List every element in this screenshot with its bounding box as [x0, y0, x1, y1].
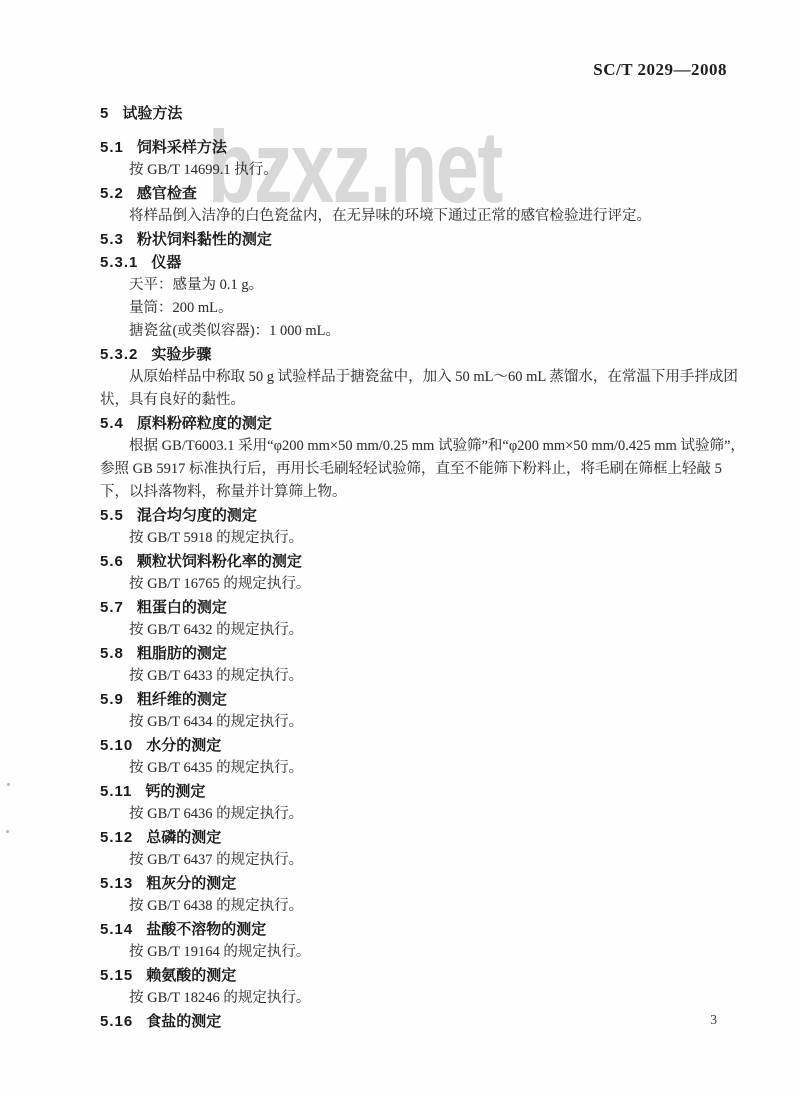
section-heading-5-7: 5.7粗蛋白的测定	[100, 596, 750, 619]
equipment-item: 天平：感量为 0.1 g。	[100, 274, 750, 297]
section-title: 饲料采样方法	[137, 139, 227, 156]
section-title: 试验方法	[122, 105, 182, 122]
section-heading-5-6: 5.6颗粒状饲料粉化率的测定	[100, 550, 750, 573]
section-heading-5-10: 5.10水分的测定	[100, 734, 750, 757]
section-number: 5.3	[100, 231, 124, 248]
section-heading-5-3: 5.3粉状饲料黏性的测定	[100, 228, 750, 251]
section-number: 5.13	[100, 875, 133, 892]
scan-speck	[7, 783, 10, 786]
paragraph: 按 GB/T 5918 的规定执行。	[100, 527, 750, 550]
section-heading-5-5: 5.5混合均匀度的测定	[100, 504, 750, 527]
section-title: 赖氨酸的测定	[146, 967, 236, 984]
section-heading-5-2: 5.2感官检查	[100, 182, 750, 205]
section-heading-5-15: 5.15赖氨酸的测定	[100, 964, 750, 987]
paragraph: 按 GB/T 14699.1 执行。	[100, 159, 750, 182]
section-number: 5.15	[100, 967, 133, 984]
paragraph: 按 GB/T 6436 的规定执行。	[100, 803, 750, 826]
section-number: 5.8	[100, 645, 124, 662]
section-title: 粗脂肪的测定	[137, 645, 227, 662]
paragraph: 按 GB/T 6438 的规定执行。	[100, 895, 750, 918]
section-heading-5-9: 5.9粗纤维的测定	[100, 688, 750, 711]
section-title: 盐酸不溶物的测定	[146, 921, 266, 938]
page-number: 3	[710, 1012, 717, 1028]
section-number: 5.14	[100, 921, 133, 938]
section-title: 水分的测定	[146, 737, 221, 754]
section-number: 5.9	[100, 691, 124, 708]
section-number: 5.4	[100, 415, 124, 432]
section-heading-5-13: 5.13粗灰分的测定	[100, 872, 750, 895]
section-title: 粉状饲料黏性的测定	[137, 231, 272, 248]
document-content: 5试验方法 5.1饲料采样方法 按 GB/T 14699.1 执行。 5.2感官…	[100, 102, 750, 1033]
section-number: 5.3.2	[100, 346, 138, 363]
section-title: 颗粒状饲料粉化率的测定	[137, 553, 302, 570]
equipment-item: 量筒：200 mL。	[100, 297, 750, 320]
section-heading-5-16: 5.16食盐的测定	[100, 1010, 750, 1033]
section-title: 总磷的测定	[146, 829, 221, 846]
section-heading-5-3-2: 5.3.2实验步骤	[100, 343, 750, 366]
section-number: 5.16	[100, 1013, 133, 1030]
section-number: 5.10	[100, 737, 133, 754]
section-heading-5-1: 5.1饲料采样方法	[100, 136, 750, 159]
section-number: 5.7	[100, 599, 124, 616]
section-title: 原料粉碎粒度的测定	[137, 415, 272, 432]
section-number: 5.12	[100, 829, 133, 846]
document-page: bzxz.net SC/T 2029—2008 5试验方法 5.1饲料采样方法 …	[0, 0, 800, 1095]
section-heading-5-12: 5.12总磷的测定	[100, 826, 750, 849]
section-heading-5: 5试验方法	[100, 102, 750, 125]
section-number: 5.1	[100, 139, 124, 156]
section-number: 5.2	[100, 185, 124, 202]
section-number: 5.6	[100, 553, 124, 570]
paragraph: 按 GB/T 6433 的规定执行。	[100, 665, 750, 688]
section-title: 钙的测定	[145, 783, 205, 800]
section-number: 5.11	[100, 783, 132, 800]
section-title: 实验步骤	[151, 346, 211, 363]
paragraph: 按 GB/T 18246 的规定执行。	[100, 987, 750, 1010]
section-title: 仪器	[151, 254, 181, 271]
section-title: 食盐的测定	[146, 1013, 221, 1030]
paragraph: 将样品倒入洁净的白色瓷盆内，在无异味的环境下通过正常的感官检验进行评定。	[100, 205, 750, 228]
scan-speck	[6, 830, 9, 833]
paragraph: 按 GB/T 6435 的规定执行。	[100, 757, 750, 780]
section-number: 5.5	[100, 507, 124, 524]
section-heading-5-8: 5.8粗脂肪的测定	[100, 642, 750, 665]
paragraph: 按 GB/T 6432 的规定执行。	[100, 619, 750, 642]
section-heading-5-4: 5.4原料粉碎粒度的测定	[100, 412, 750, 435]
standard-code: SC/T 2029—2008	[593, 60, 727, 80]
paragraph: 按 GB/T 16765 的规定执行。	[100, 573, 750, 596]
section-heading-5-11: 5.11钙的测定	[100, 780, 750, 803]
paragraph: 按 GB/T 6434 的规定执行。	[100, 711, 750, 734]
section-heading-5-14: 5.14盐酸不溶物的测定	[100, 918, 750, 941]
section-number: 5	[100, 105, 109, 122]
section-title: 粗蛋白的测定	[137, 599, 227, 616]
paragraph: 按 GB/T 19164 的规定执行。	[100, 941, 750, 964]
paragraph: 按 GB/T 6437 的规定执行。	[100, 849, 750, 872]
section-title: 粗灰分的测定	[146, 875, 236, 892]
equipment-item: 搪瓷盆(或类似容器)：1 000 mL。	[100, 320, 750, 343]
paragraph: 根据 GB/T6003.1 采用“φ200 mm×50 mm/0.25 mm 试…	[100, 435, 750, 504]
section-heading-5-3-1: 5.3.1仪器	[100, 251, 750, 274]
section-number: 5.3.1	[100, 254, 138, 271]
section-title: 粗纤维的测定	[137, 691, 227, 708]
section-title: 感官检查	[137, 185, 197, 202]
paragraph: 从原始样品中称取 50 g 试验样品于搪瓷盆中，加入 50 mL～60 mL 蒸…	[100, 366, 750, 412]
section-title: 混合均匀度的测定	[137, 507, 257, 524]
